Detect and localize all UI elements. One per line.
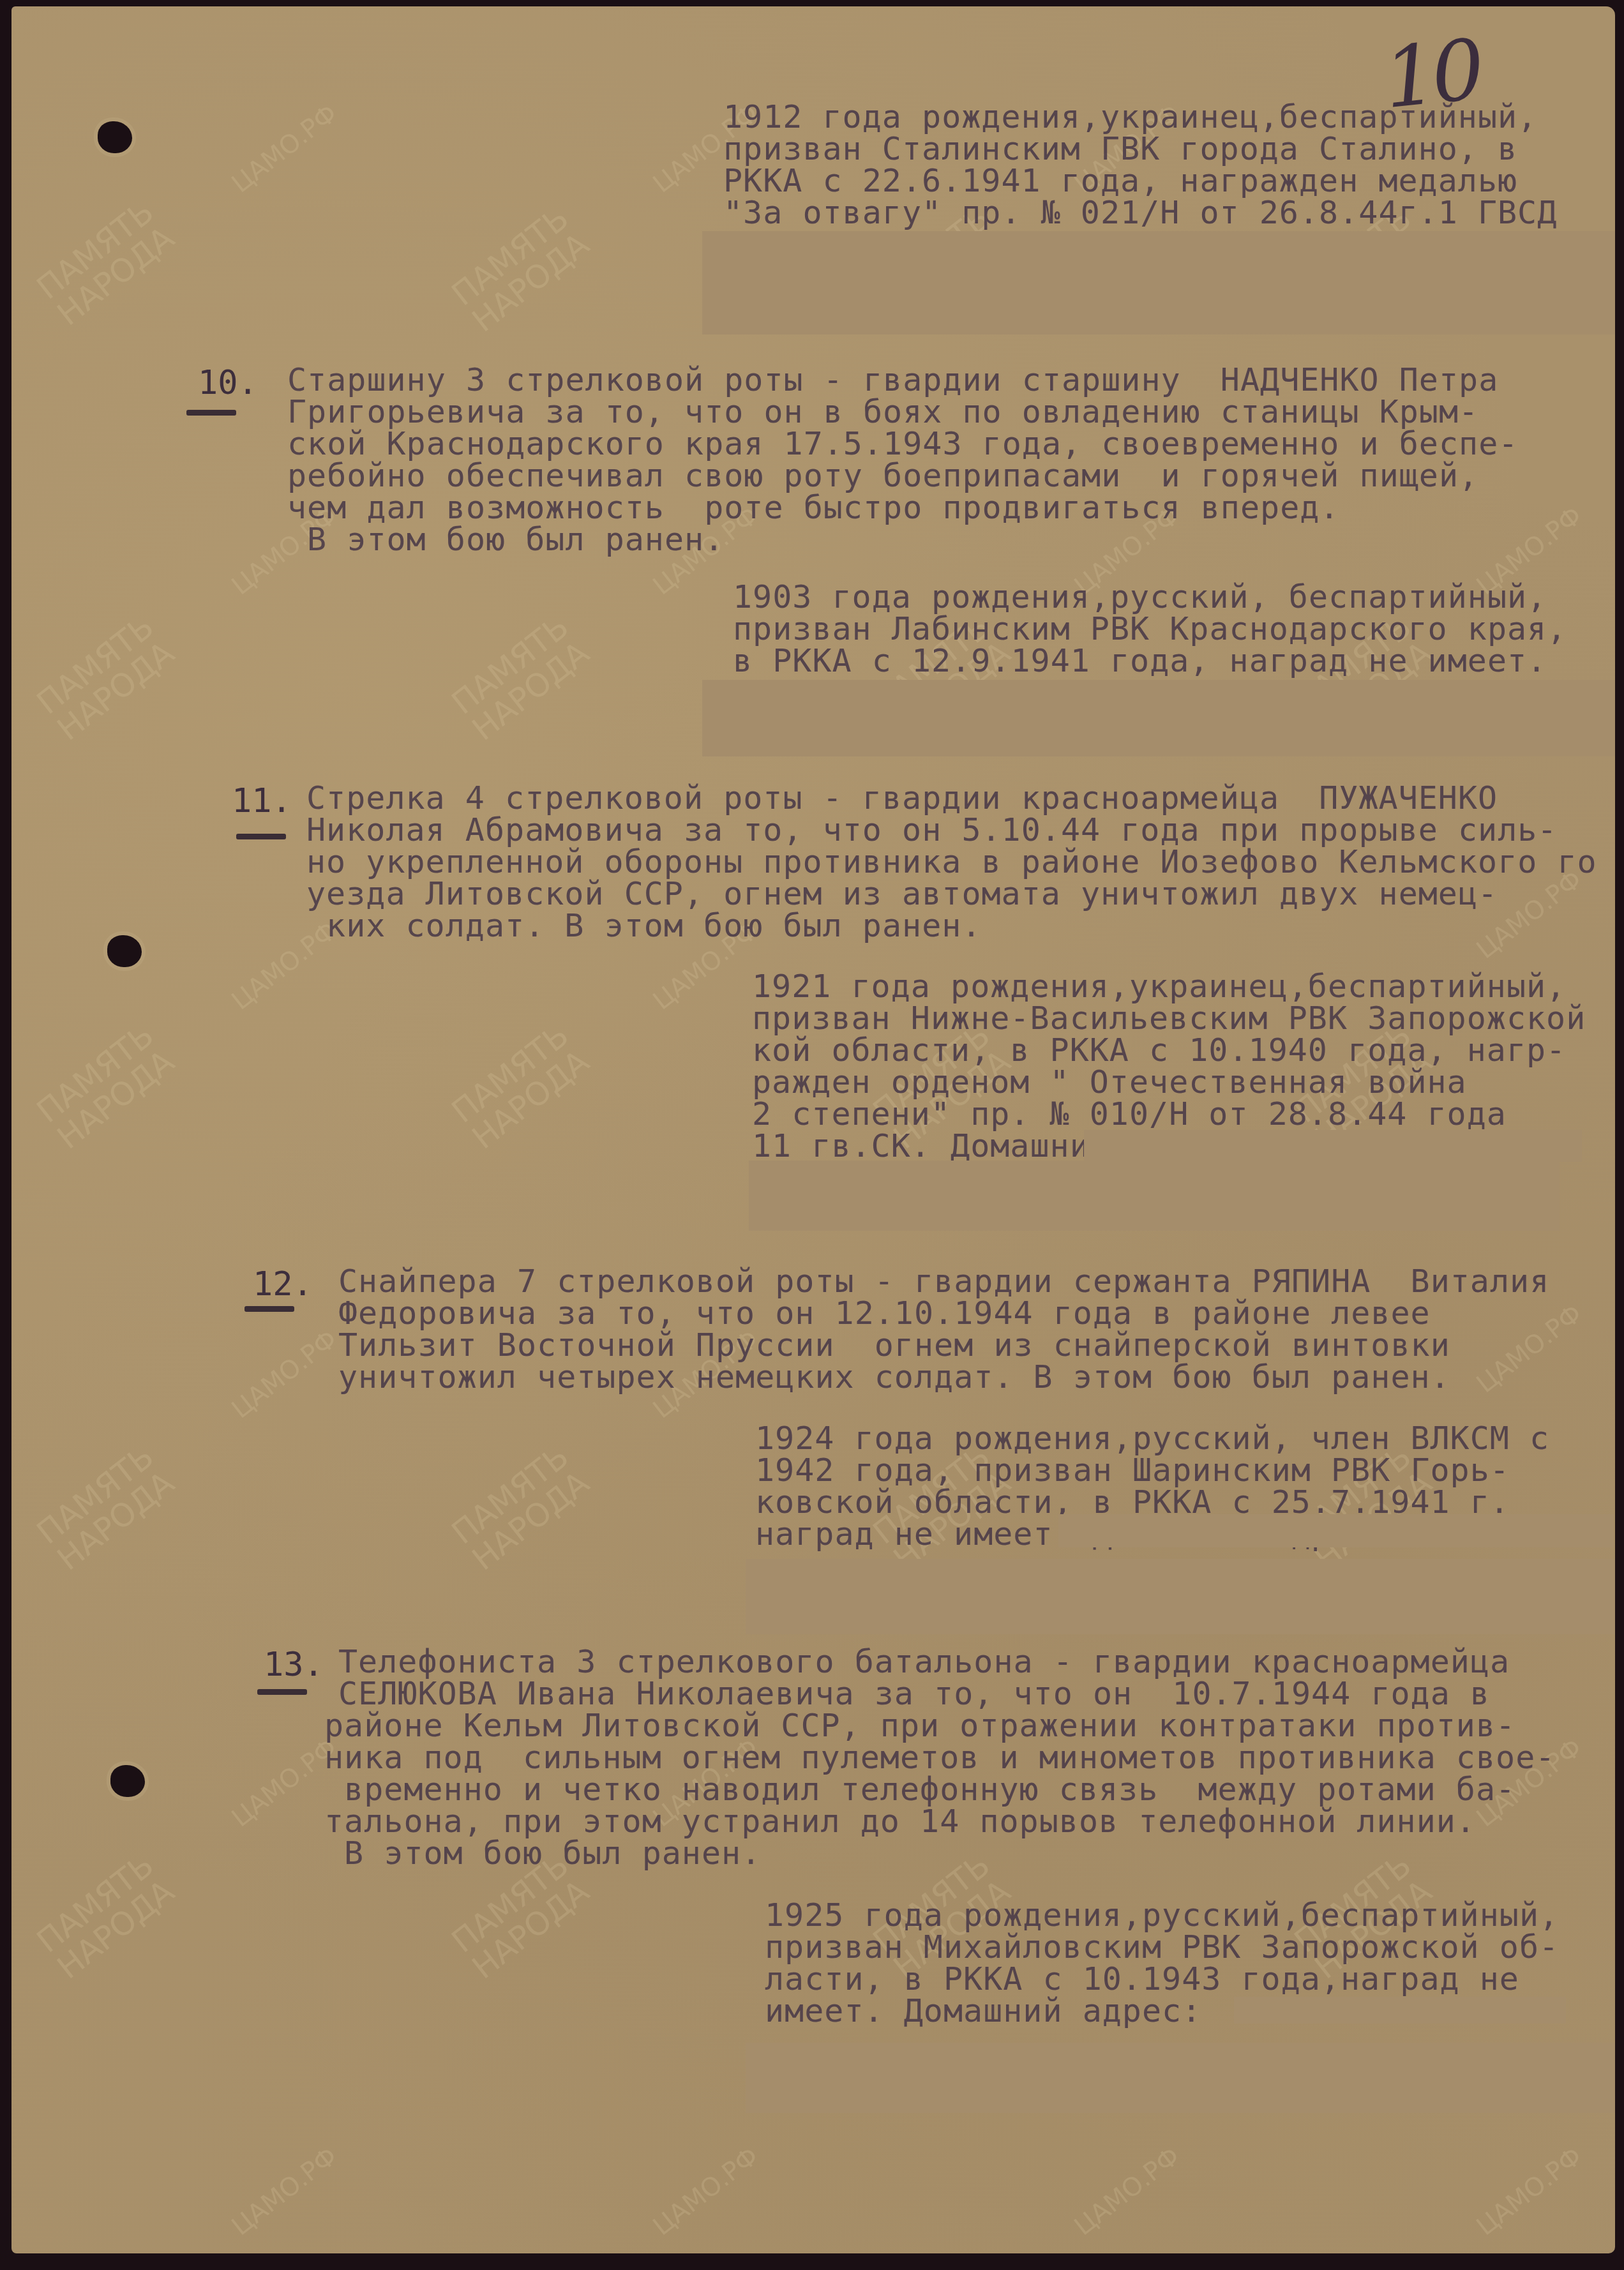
body-line: ника под сильным огнем пулеметов и мином… [324, 1741, 1555, 1773]
bio-line: ковской области, в РККА с 25.7.1941 г. [755, 1486, 1510, 1518]
entry-number: 10. [198, 364, 258, 402]
bio-line: призван Нижне-Васильевским РВК Запорожск… [752, 1002, 1586, 1034]
body-line: временно и четко наводил телефонную связ… [324, 1773, 1515, 1805]
redaction-block [1058, 1514, 1614, 1547]
watermark: ПАМЯТЬ НАРОДА [31, 610, 180, 746]
body-line: районе Кельм Литовской ССР, при отражени… [324, 1710, 1515, 1741]
entry-dash [186, 410, 236, 416]
body-line: ской Краснодарского края 17.5.1943 года,… [287, 428, 1518, 460]
watermark: ПАМЯТЬ НАРОДА [446, 201, 595, 338]
body-line: Снайпера 7 стрелковой роты - гвардии сер… [338, 1265, 1549, 1297]
bio-line: "За отвагу" пр. № 021/Н от 26.8.44г.1 ГВ… [723, 197, 1557, 229]
redaction-block [746, 2043, 1615, 2113]
watermark: ПАМЯТЬ НАРОДА [31, 1018, 180, 1155]
redaction-block [702, 231, 1615, 334]
watermark-small: ЦАМО.РФ [227, 2142, 343, 2242]
bio-line: в РККА с 12.9.1941 года, наград не имеет… [733, 645, 1547, 677]
body-line: Тильзит Восточной Пруссии огнем из снайп… [338, 1329, 1450, 1361]
body-line: тальона, при этом устранил до 14 порывов… [324, 1805, 1476, 1837]
bio-line: кой области, в РККА с 10.1940 года, нагр… [752, 1034, 1566, 1066]
body-line: уезда Литовской ССР, огнем из автомата у… [306, 878, 1498, 910]
entry-dash [257, 1689, 307, 1695]
body-line: Стрелка 4 стрелковой роты - гвардии крас… [306, 782, 1498, 814]
bio-line: 1921 года рождения,украинец,беспартийный… [752, 970, 1566, 1002]
body-line: уничтожил четырех немецких солдат. В это… [338, 1361, 1450, 1393]
body-line: ких солдат. В этом бою был ранен. [306, 910, 982, 942]
body-line: Старшину 3 стрелковой роты - гвардии ста… [287, 364, 1498, 396]
redaction-block [1084, 1130, 1582, 1162]
bio-line: 2 степени" пр. № 010/Н от 28.8.44 года [752, 1098, 1507, 1130]
redaction-block [702, 680, 1615, 756]
bio-line: ражден орденом " Отечественная война [752, 1066, 1467, 1098]
bio-line: призван Сталинским ГВК города Сталино, в [723, 133, 1517, 165]
bio-line: РККА с 22.6.1941 года, награжден медалью [723, 165, 1517, 197]
watermark: ПАМЯТЬ НАРОДА [446, 1018, 595, 1155]
watermark: ПАМЯТЬ НАРОДА [446, 610, 595, 746]
redaction-block [746, 1559, 1615, 1634]
body-line: но укрепленной обороны противника в райо… [306, 846, 1597, 878]
entry-number: 12. [253, 1265, 313, 1304]
watermark: ПАМЯТЬ НАРОДА [31, 1848, 180, 1985]
watermark: ПАМЯТЬ НАРОДА [31, 1439, 180, 1576]
bio-line: 1942 года, призван Шаринским РВК Горь- [755, 1454, 1510, 1486]
bio-line: призван Лабинским РВК Краснодарского кра… [733, 613, 1567, 645]
body-line: В этом бою был ранен. [287, 523, 724, 555]
document-sheet: ПАМЯТЬ НАРОДА ПАМЯТЬ НАРОДА ПАМЯТЬ НАРОД… [11, 6, 1615, 2253]
body-line: В этом бою был ранен. [324, 1837, 761, 1869]
body-line: чем дал возможность роте быстро продвига… [287, 492, 1339, 523]
body-line: Григорьевича за то, что он в боях по овл… [287, 396, 1478, 428]
watermark-small: ЦАМО.РФ [1471, 1299, 1588, 1399]
redaction-block [749, 1161, 1560, 1231]
watermark: ПАМЯТЬ НАРОДА [446, 1439, 595, 1576]
watermark-small: ЦАМО.РФ [1069, 2142, 1186, 2242]
bio-line: имеет. Домашний адрес: [765, 1995, 1201, 2027]
body-line: ребойно обеспечивал свою роту боеприпаса… [287, 460, 1478, 492]
bio-line: 1903 года рождения,русский, беспартийный… [733, 581, 1547, 613]
watermark-small: ЦАМО.РФ [648, 2142, 765, 2242]
watermark-small: ЦАМО.РФ [227, 1325, 343, 1425]
bio-line: призван Михайловским РВК Запорожской об- [765, 1931, 1559, 1963]
body-line: СЕЛЮКОВА Ивана Николаевича за то, что он… [338, 1678, 1490, 1710]
watermark-small: ЦАМО.РФ [227, 99, 343, 199]
bio-line: ласти, в РККА с 10.1943 года,наград не [765, 1963, 1519, 1995]
entry-number: 13. [264, 1646, 324, 1684]
entry-dash [244, 1306, 294, 1312]
body-line: Федоровича за то, что он 12.10.1944 года… [338, 1297, 1431, 1329]
body-line: Николая Абрамовича за то, что он 5.10.44… [306, 814, 1557, 846]
entry-dash [236, 834, 286, 839]
punch-hole [98, 121, 132, 153]
bio-line: 1925 года рождения,русский,беспартийный, [765, 1899, 1559, 1931]
watermark: ПАМЯТЬ НАРОДА [31, 195, 180, 331]
bio-line: 1924 года рождения,русский, член ВЛКСМ с [755, 1422, 1549, 1454]
redaction-block [1234, 1997, 1566, 2024]
punch-hole [107, 935, 142, 967]
punch-hole [110, 1765, 145, 1797]
entry-number: 11. [232, 782, 292, 820]
body-line: Телефониста 3 стрелкового батальона - гв… [338, 1646, 1510, 1678]
bio-line: 1912 года рождения,украинец,беспартийный… [723, 101, 1537, 133]
watermark-small: ЦАМО.РФ [1471, 2142, 1588, 2242]
